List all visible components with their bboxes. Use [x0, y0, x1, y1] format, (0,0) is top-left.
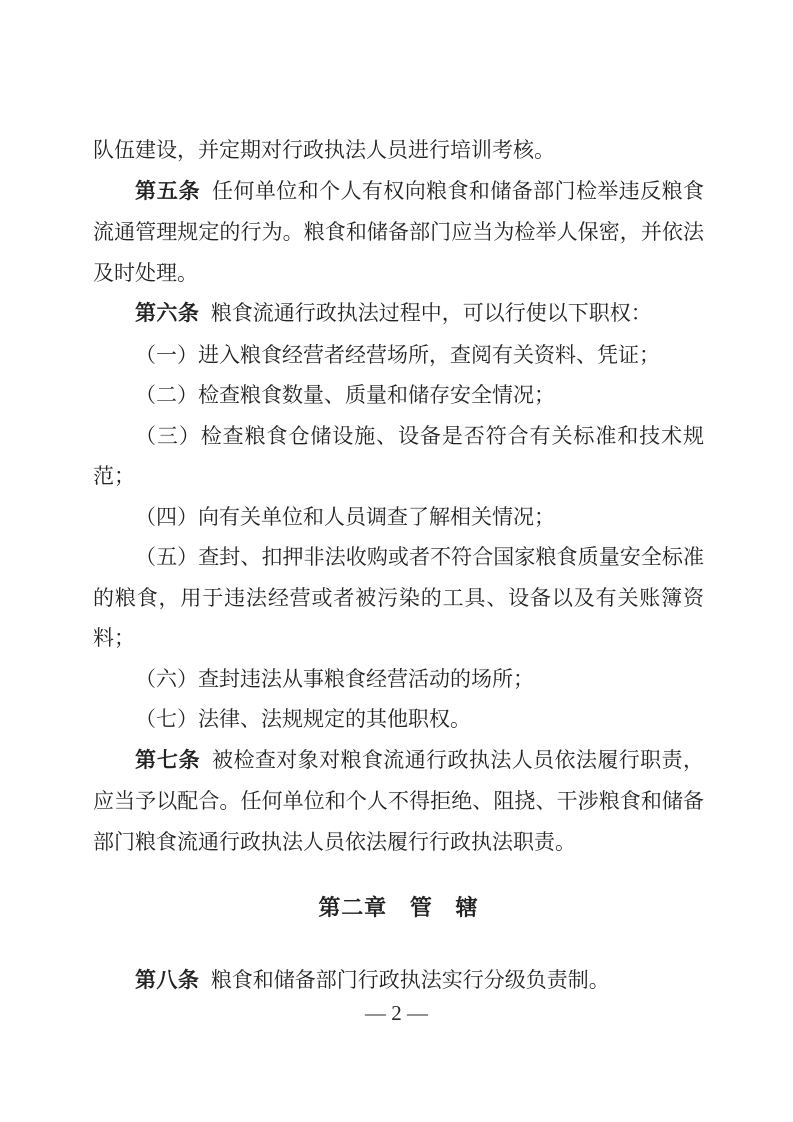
- chapter-heading: 第二章 管 辖: [93, 888, 704, 929]
- paragraph-text: （一）进入粮食经营者经营场所，查阅有关资料、凭证；: [135, 343, 660, 367]
- page-number: — 2 —: [0, 997, 793, 1029]
- paragraph-text: （六）查封违法从事粮食经营活动的场所；: [135, 667, 534, 691]
- paragraph-text: 粮食流通行政执法过程中，可以行使以下职权：: [211, 301, 652, 325]
- list-item: （二）检查粮食数量、质量和储存安全情况；: [93, 375, 704, 416]
- article-paragraph: 第八条粮食和储备部门行政执法实行分级负责制。: [93, 960, 704, 1002]
- list-item: （四）向有关单位和人员调查了解相关情况；: [93, 497, 704, 538]
- paragraph-text: （二）检查粮食数量、质量和储存安全情况；: [135, 383, 555, 407]
- article-paragraph: 第七条被检查对象对粮食流通行政执法人员依法履行职责，应当予以配合。任何单位和个人…: [93, 740, 704, 863]
- document-page: 队伍建设，并定期对行政执法人员进行培训考核。第五条任何单位和个人有权向粮食和储备…: [0, 0, 793, 1122]
- list-item: （三）检查粮食仓储设施、设备是否符合有关标准和技术规范；: [93, 416, 704, 497]
- article-paragraph: 第六条粮食流通行政执法过程中，可以行使以下职权：: [93, 293, 704, 335]
- list-item: （六）查封违法从事粮食经营活动的场所；: [93, 659, 704, 700]
- article-paragraph: 第五条任何单位和个人有权向粮食和储备部门检举违反粮食流通管理规定的行为。粮食和储…: [93, 171, 704, 294]
- list-item: （五）查封、扣押非法收购或者不符合国家粮食质量安全标准的粮食，用于违法经营或者被…: [93, 537, 704, 659]
- paragraph-text: 队伍建设，并定期对行政执法人员进行培训考核。: [93, 138, 555, 162]
- paragraph-continuation: 队伍建设，并定期对行政执法人员进行培训考核。: [93, 130, 704, 171]
- article-number: 第七条: [135, 749, 200, 772]
- paragraph-text: （七）法律、法规规定的其他职权。: [135, 707, 471, 731]
- paragraph-text: （五）查封、扣押非法收购或者不符合国家粮食质量安全标准的粮食，用于违法经营或者被…: [93, 545, 704, 650]
- list-item: （一）进入粮食经营者经营场所，查阅有关资料、凭证；: [93, 335, 704, 376]
- article-number: 第六条: [135, 302, 199, 325]
- paragraph-text: （三）检查粮食仓储设施、设备是否符合有关标准和技术规范；: [93, 424, 704, 489]
- chapter-title-text: 第二章 管 辖: [318, 895, 478, 920]
- article-number: 第五条: [135, 180, 200, 203]
- paragraph-text: （四）向有关单位和人员调查了解相关情况；: [135, 505, 555, 529]
- document-body: 队伍建设，并定期对行政执法人员进行培训考核。第五条任何单位和个人有权向粮食和储备…: [93, 130, 704, 1001]
- article-number: 第八条: [135, 969, 199, 992]
- paragraph-text: 粮食和储备部门行政执法实行分级负责制。: [211, 968, 610, 992]
- list-item: （七）法律、法规规定的其他职权。: [93, 699, 704, 740]
